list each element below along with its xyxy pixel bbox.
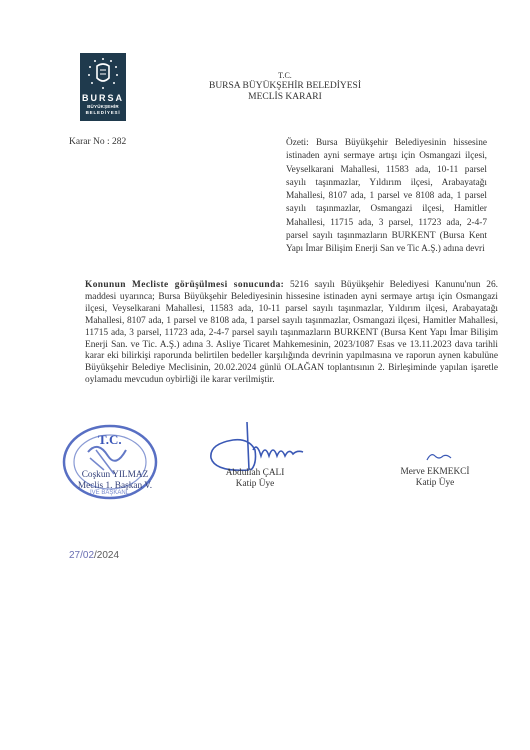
logo-text-bursa: BURSA xyxy=(80,93,126,103)
signature-block-secretary-1: Abdullah ÇALI Katip Üye xyxy=(205,468,305,490)
svg-text:T.C.: T.C. xyxy=(98,432,122,447)
signer-role: Meclis 1. Başkan V. xyxy=(55,481,175,492)
header-title: MECLİS KARARI xyxy=(170,92,400,103)
date-month: 02 xyxy=(83,550,94,561)
header-tc: T.C. xyxy=(170,70,400,81)
summary-text: Özeti: Bursa Büyükşehir Belediyesinin hi… xyxy=(286,137,487,257)
logo-text-belediyesi: BELEDİYESİ xyxy=(80,110,126,115)
date-day: 27 xyxy=(69,550,80,561)
signer-role: Katip Üye xyxy=(205,479,305,490)
signature-block-secretary-2: Merve EKMEKCİ Katip Üye xyxy=(380,467,490,489)
signature-icon xyxy=(425,450,455,464)
date-year: /2024 xyxy=(94,550,119,561)
logo-text-buyuksehir: BÜYÜKŞEHİR xyxy=(80,104,126,109)
signature-block-chairman: Coşkun YILMAZ Meclis 1. Başkan V. xyxy=(55,470,175,492)
municipality-logo: BURSA BÜYÜKŞEHİR BELEDİYESİ xyxy=(80,53,126,121)
document-header: T.C. BURSA BÜYÜKŞEHİR BELEDİYESİ MECLİS … xyxy=(170,70,400,103)
header-institution: BURSA BÜYÜKŞEHİR BELEDİYESİ xyxy=(170,81,400,92)
decision-number: Karar No : 282 xyxy=(69,137,126,147)
signer-name: Merve EKMEKCİ xyxy=(380,467,490,478)
signer-name: Abdullah ÇALI xyxy=(205,468,305,479)
decision-text: 5216 sayılı Büyükşehir Belediyesi Kanunu… xyxy=(85,280,498,385)
signer-role: Katip Üye xyxy=(380,478,490,489)
handwritten-date: 27/02/2024 xyxy=(69,550,119,561)
signer-name: Coşkun YILMAZ xyxy=(55,470,175,481)
decision-lead: Konunun Mecliste görüşülmesi sonucunda: xyxy=(85,280,284,290)
decision-body: Konunun Mecliste görüşülmesi sonucunda: … xyxy=(85,280,498,387)
emblem-icon xyxy=(80,53,126,93)
